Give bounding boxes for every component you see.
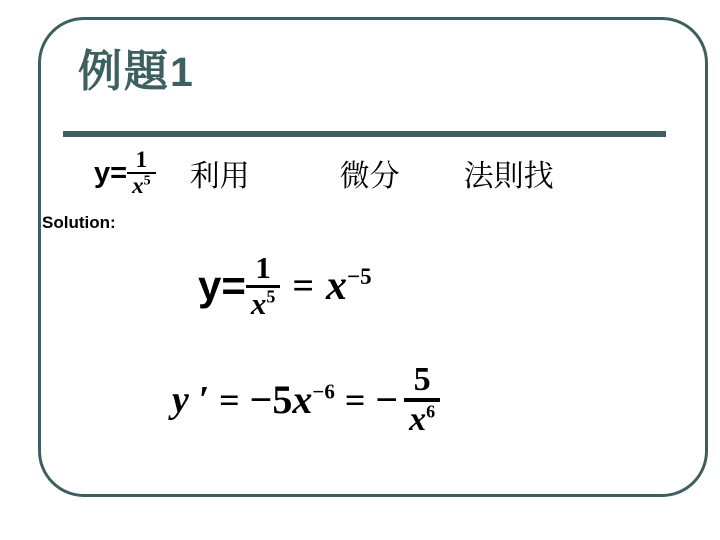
- denominator-exponent: 5: [144, 173, 151, 188]
- solution-label: Solution:: [42, 213, 116, 233]
- problem-word-3: 法則找: [464, 151, 554, 195]
- term-exponent: −6: [312, 380, 334, 404]
- equals-sign: =: [219, 379, 240, 421]
- step2-equation: y ′ = −5x−6 = − 5 x6: [172, 362, 440, 437]
- slide-title-text: 例題: [78, 47, 170, 96]
- problem-fraction: 1 x5: [127, 148, 156, 198]
- step1-lhs: y=: [198, 262, 246, 310]
- fraction-denominator: x6: [404, 402, 440, 438]
- equals-sign: =: [292, 264, 314, 308]
- term-coefficient: −5: [250, 377, 293, 422]
- fraction-denominator: x5: [246, 288, 281, 321]
- result-base: x: [326, 263, 347, 309]
- step1-fraction: 1 x5: [246, 252, 281, 320]
- problem-word-2: 微分: [340, 151, 400, 195]
- step2-lhs: y ′: [172, 378, 209, 422]
- problem-word-1: 利用: [190, 151, 250, 195]
- denominator-exponent: 5: [266, 286, 275, 306]
- slide-title: 例題1: [78, 48, 193, 96]
- fraction-numerator: 5: [409, 362, 436, 398]
- title-underline: [63, 131, 666, 137]
- equals-sign: =: [345, 379, 366, 421]
- step1-equation: y= 1 x5 = x−5: [198, 252, 372, 320]
- denominator-base: x: [409, 401, 426, 438]
- result-exponent: −5: [347, 264, 372, 289]
- step1-result: x−5: [326, 262, 372, 310]
- fraction-numerator: 1: [131, 148, 153, 172]
- problem-lhs: y=: [94, 157, 127, 190]
- denominator-base: x: [251, 286, 267, 321]
- denominator-base: x: [132, 173, 144, 198]
- term-base: x: [292, 377, 312, 422]
- slide-title-number: 1: [170, 49, 193, 95]
- fraction-denominator: x5: [127, 174, 156, 198]
- step2-fraction: 5 x6: [404, 362, 440, 437]
- problem-equation: y= 1 x5 利用 微分 法則找: [94, 148, 554, 198]
- minus-sign: −: [375, 376, 398, 423]
- fraction-numerator: 1: [250, 252, 276, 285]
- step2-term: −5x−6: [250, 376, 335, 423]
- denominator-exponent: 6: [426, 401, 435, 421]
